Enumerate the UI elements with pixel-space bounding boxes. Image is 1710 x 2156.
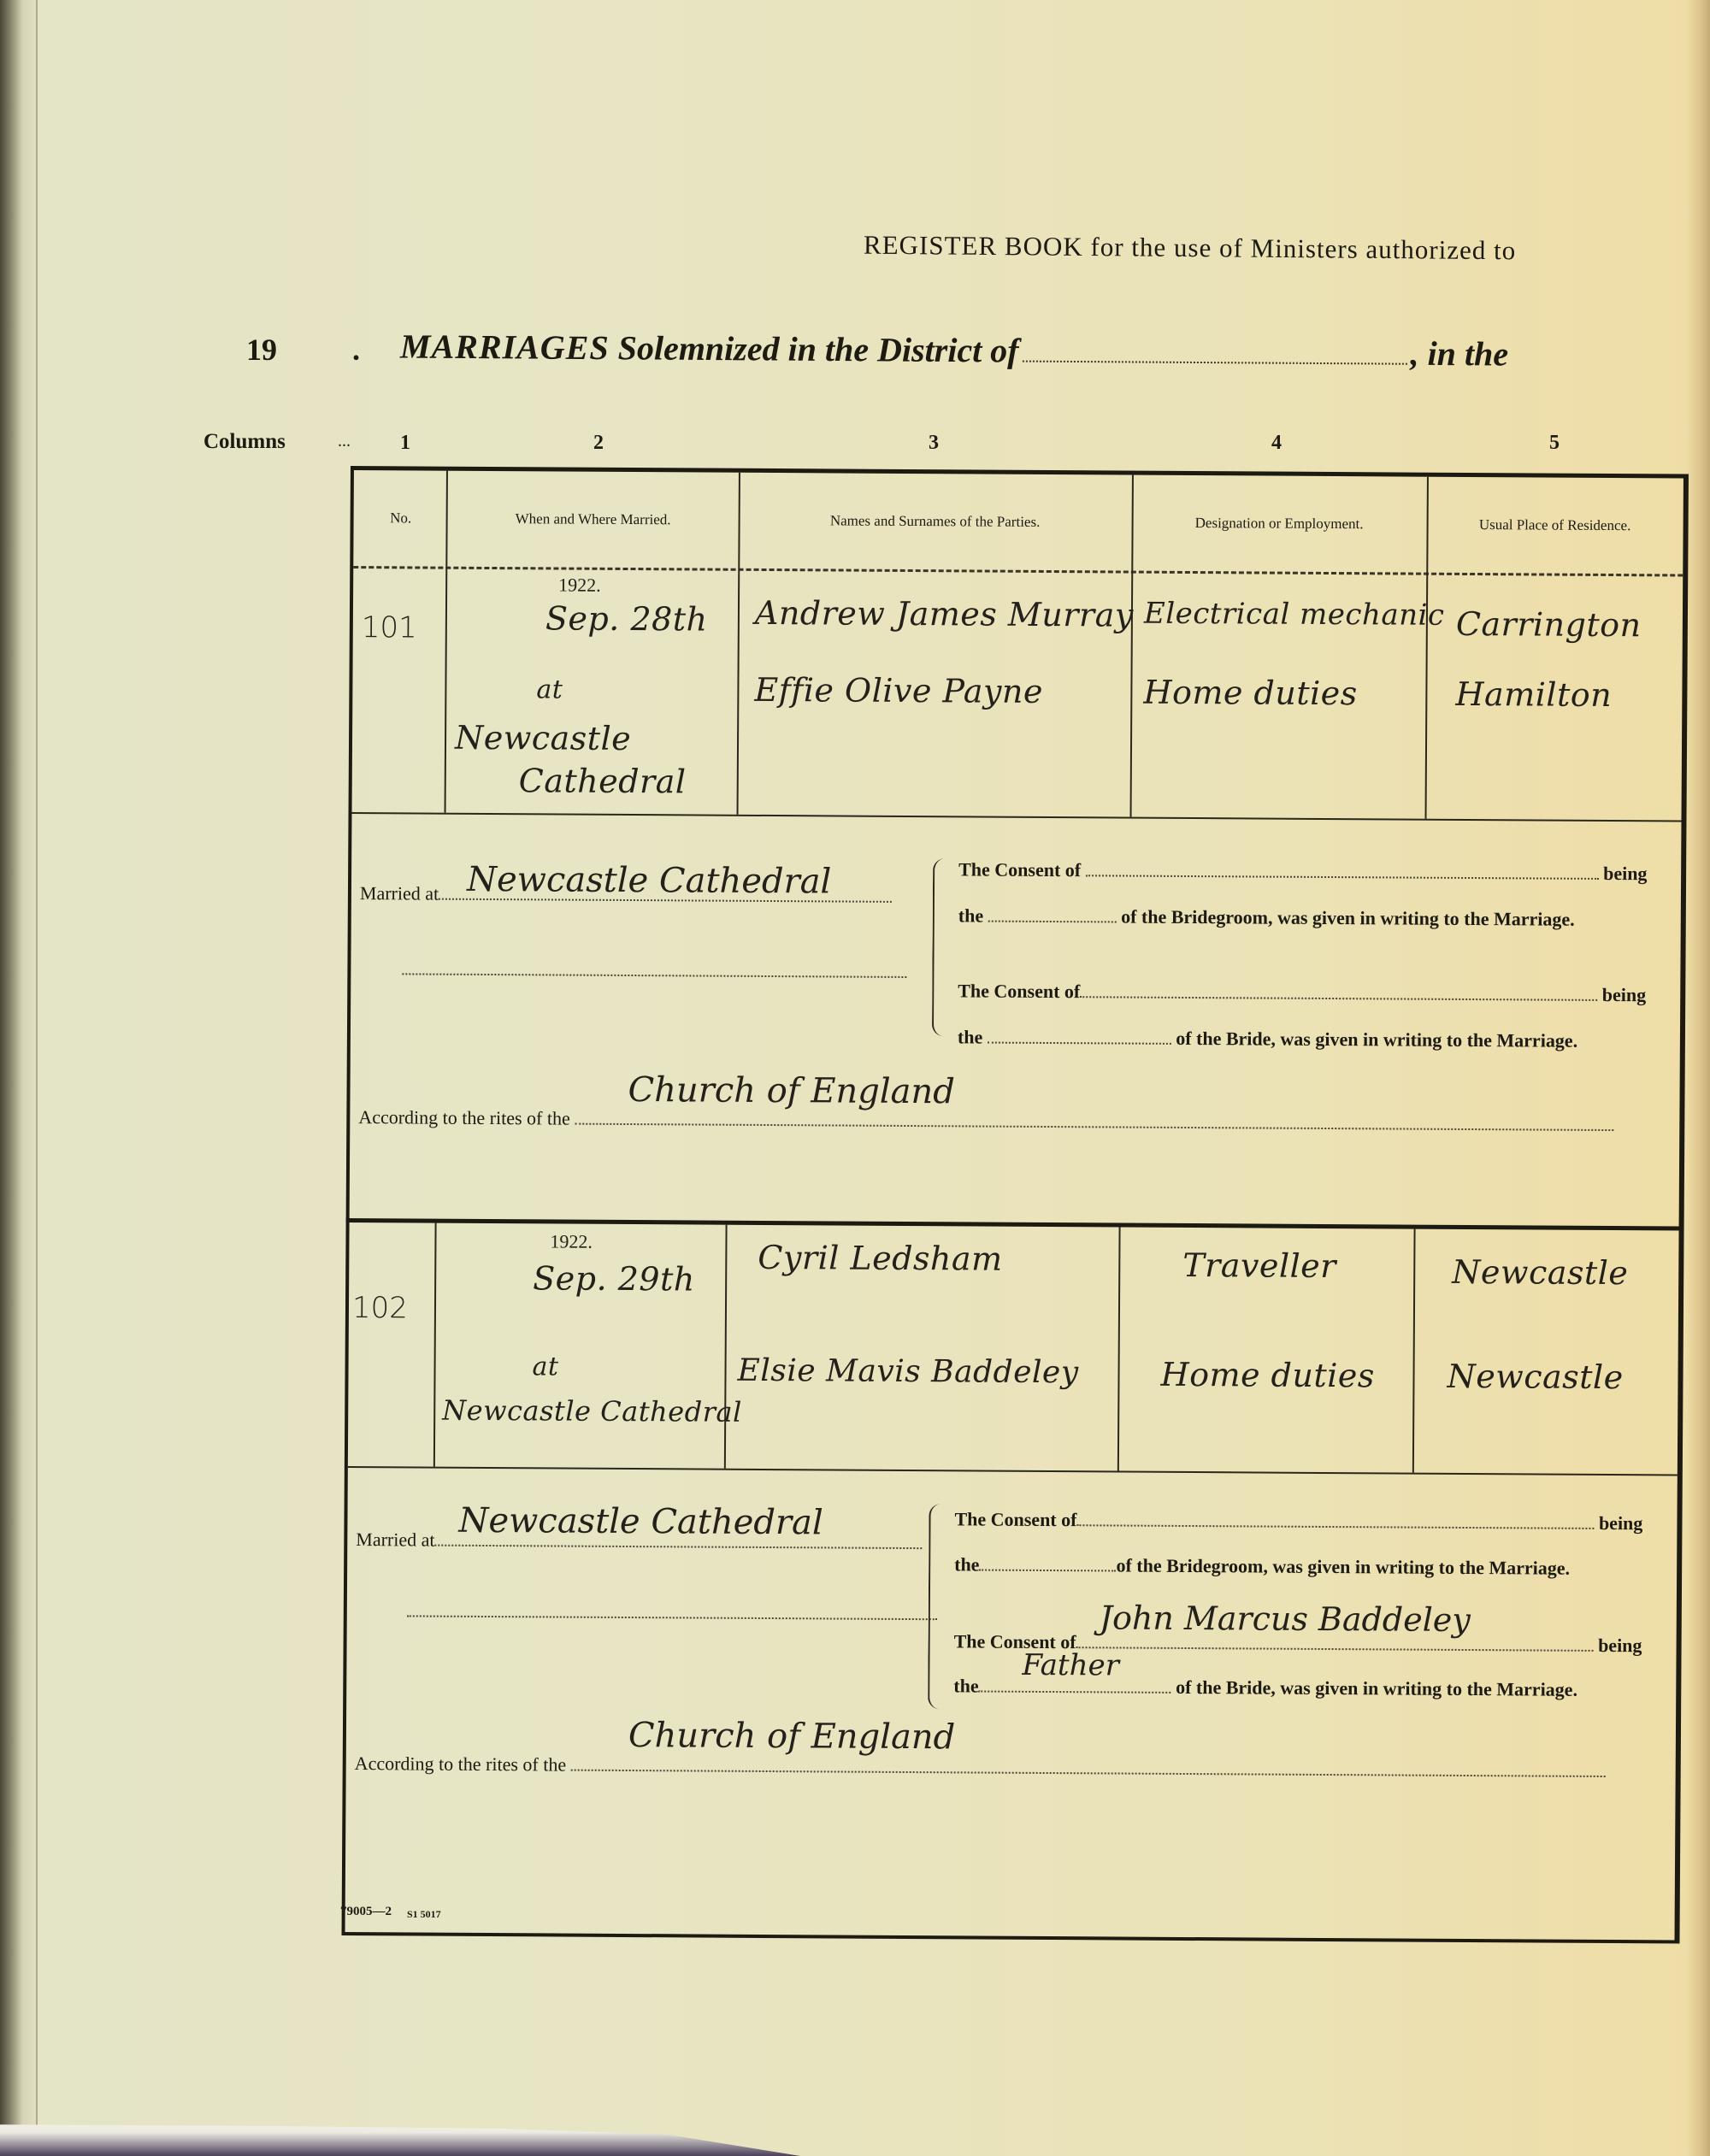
entry-row-102: 102 1922. Sep. 29th at Newcastle Cathedr… xyxy=(348,1222,1679,1474)
column-number-3: 3 xyxy=(929,432,939,455)
header-no: No. xyxy=(353,470,448,567)
columns-label: Columns xyxy=(203,430,286,454)
groom-consent-line: The Consent of being xyxy=(958,858,1648,885)
entry-date[interactable]: Sep. 28th xyxy=(545,599,708,638)
header-residence: Usual Place of Residence. xyxy=(1426,477,1683,574)
header-when-where: When and Where Married. xyxy=(447,471,739,568)
bride-occupation[interactable]: Home duties xyxy=(1160,1356,1375,1395)
bride-occupation[interactable]: Home duties xyxy=(1143,674,1358,713)
bride-consent-line: The Consent of being xyxy=(958,980,1646,1006)
register-book-title: REGISTER BOOK for the use of Ministers a… xyxy=(864,230,1516,267)
married-at-value[interactable]: Newcastle Cathedral xyxy=(458,1501,823,1543)
bride-name[interactable]: Effie Olive Payne xyxy=(754,671,1043,710)
entry-number[interactable]: 102 xyxy=(352,1291,408,1325)
register-table: No. When and Where Married. Names and Su… xyxy=(341,466,1688,1944)
heading-rest: Solemnized in the District of xyxy=(618,328,1019,369)
entry-place-line2[interactable]: Cathedral xyxy=(519,762,687,800)
entry-row-101: 101 1922. Sep. 28th at Newcastle Cathedr… xyxy=(352,566,1683,820)
entry-at: at xyxy=(532,1352,558,1381)
columns-dots: ... xyxy=(338,432,351,451)
header-designation: Designation or Employment. xyxy=(1131,475,1427,573)
bride-consent-relation-line: the of the Bride, was given in writing t… xyxy=(958,1026,1577,1051)
entry-year: 1922. xyxy=(550,1230,593,1252)
rites-value[interactable]: Church of England xyxy=(628,1070,955,1111)
groom-occupation[interactable]: Traveller xyxy=(1182,1246,1336,1285)
groom-consent-relation-line: the of the Bridegroom, was given in writ… xyxy=(958,904,1575,930)
year-dot: . xyxy=(352,332,360,368)
rites-label: According to the rites of the xyxy=(358,1106,1613,1136)
bride-consent-name[interactable]: John Marcus Baddeley xyxy=(1100,1599,1471,1639)
consent-block-102: Married at Newcastle Cathedral The Conse… xyxy=(345,1466,1678,1935)
married-at-line2[interactable] xyxy=(402,957,906,983)
entry-place-line1[interactable]: Newcastle xyxy=(455,719,631,757)
column-number-2: 2 xyxy=(593,432,604,455)
column-number-4: 4 xyxy=(1271,432,1282,455)
entry-number[interactable]: 101 xyxy=(362,610,417,645)
bride-consent-relation[interactable]: Father xyxy=(1022,1648,1119,1683)
header-names: Names and Surnames of the Parties. xyxy=(738,473,1132,571)
married-at-value[interactable]: Newcastle Cathedral xyxy=(467,860,832,902)
groom-residence[interactable]: Newcastle xyxy=(1452,1253,1628,1292)
heading-tail: , in the xyxy=(1410,334,1508,374)
groom-occupation[interactable]: Electrical mechanic xyxy=(1144,597,1445,633)
bride-residence[interactable]: Hamilton xyxy=(1455,675,1612,714)
page-edge-shadow xyxy=(1686,0,1710,2156)
column-number-5: 5 xyxy=(1549,432,1560,455)
print-code: S1 5017 xyxy=(407,1908,441,1921)
groom-residence[interactable]: Carrington xyxy=(1456,605,1642,644)
bride-name[interactable]: Elsie Mavis Baddeley xyxy=(737,1353,1078,1390)
rites-value[interactable]: Church of England xyxy=(628,1716,956,1757)
heading-caps: MARRIAGES xyxy=(400,327,610,367)
year-prefix: 19 xyxy=(246,332,277,368)
entry-place-line1[interactable]: Newcastle Cathedral xyxy=(442,1394,742,1428)
rites-label: According to the rites of the xyxy=(355,1752,1606,1782)
bride-residence[interactable]: Newcastle xyxy=(1447,1358,1623,1396)
entry-at: at xyxy=(536,674,563,704)
book-binding xyxy=(0,0,38,2156)
column-number-1: 1 xyxy=(400,432,410,455)
consent-brace xyxy=(928,1504,944,1709)
page-gutter-line xyxy=(36,0,38,2156)
consent-brace xyxy=(932,858,948,1036)
district-field[interactable] xyxy=(1023,360,1407,365)
groom-consent-line: The Consent of being xyxy=(954,1508,1642,1535)
page-heading: MARRIAGES Solemnized in the District of,… xyxy=(400,326,1508,374)
entry-year: 1922. xyxy=(558,574,601,596)
consent-block-101: Married at Newcastle Cathedral The Conse… xyxy=(350,812,1682,1226)
groom-consent-relation-line: theof the Bridegroom, was given in writi… xyxy=(954,1553,1570,1579)
groom-name[interactable]: Cyril Ledsham xyxy=(758,1239,1003,1278)
form-code: 79005—2 xyxy=(340,1905,392,1919)
groom-name[interactable]: Andrew James Murray xyxy=(755,594,1134,634)
married-at-line2[interactable] xyxy=(407,1599,937,1625)
page-bottom-shadow xyxy=(0,2117,1111,2156)
table-header-row: No. When and Where Married. Names and Su… xyxy=(353,470,1683,576)
entry-date[interactable]: Sep. 29th xyxy=(533,1259,695,1298)
